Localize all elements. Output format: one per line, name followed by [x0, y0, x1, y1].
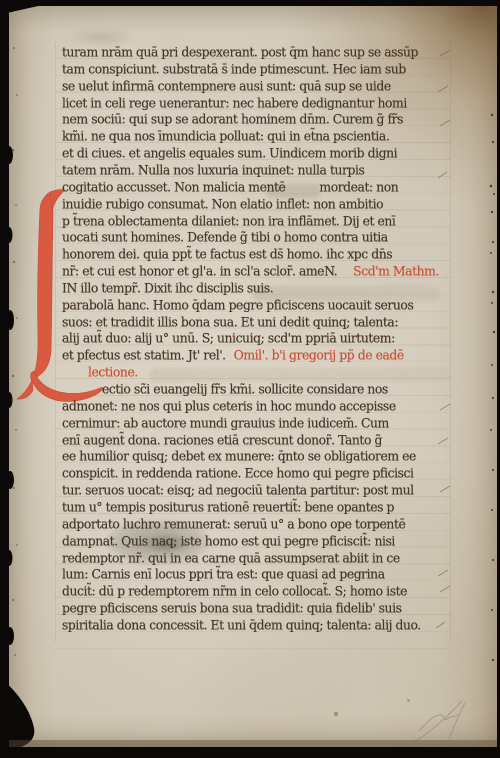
- manuscript-photo: turam nrām quā pri despexerant. post q̄m…: [0, 0, 500, 758]
- photo-border-top: [0, 0, 500, 6]
- leaf-edges: [0, 0, 500, 758]
- bottom-edge-shadow: [9, 740, 497, 747]
- photo-border-bottom: [0, 747, 500, 758]
- ragged-left-edge: [0, 0, 64, 645]
- photo-border-left: [0, 0, 9, 758]
